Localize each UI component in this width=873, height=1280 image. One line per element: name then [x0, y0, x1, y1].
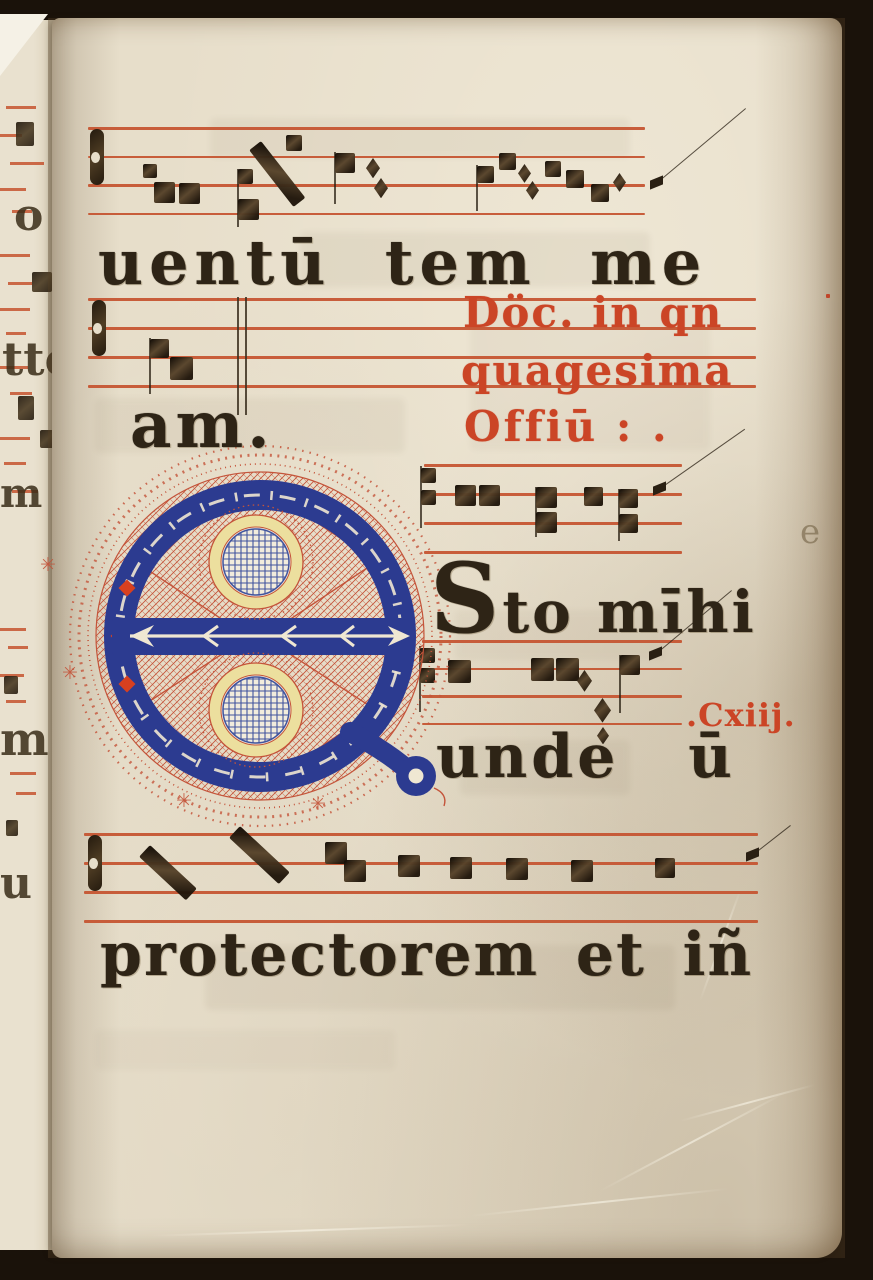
lyric-line-2: am. — [130, 388, 273, 463]
sliver-staff-stub — [6, 106, 36, 109]
neume-square — [556, 658, 579, 681]
penwork-star-icon: ✳ — [176, 790, 192, 812]
neume-square — [238, 169, 253, 184]
neume-square — [154, 182, 175, 203]
staff-line — [424, 464, 682, 467]
neume-square — [499, 153, 516, 170]
red-ink-speck — [826, 294, 830, 298]
sliver-staff-stub — [4, 462, 26, 465]
penwork-star-icon: ✳ — [62, 662, 78, 684]
sliver-neume-fragment — [32, 272, 52, 292]
neume-square — [506, 858, 528, 880]
staff-line — [88, 127, 645, 130]
sliver-staff-stub — [10, 772, 36, 775]
sliver-staff-stub — [0, 628, 26, 631]
neume-square — [238, 199, 259, 220]
staff-line — [88, 156, 645, 159]
penwork-star-icon: ✳ — [310, 793, 326, 815]
staff-line — [422, 695, 682, 698]
neume-square — [335, 153, 355, 173]
sliver-staff-stub — [0, 254, 30, 257]
clef — [88, 835, 102, 891]
neume-square — [479, 485, 500, 506]
sliver-letter-fragment: o — [14, 190, 43, 241]
sliver-staff-stub — [6, 700, 26, 703]
illuminated-initial-E — [58, 436, 454, 836]
sliver-staff-stub — [8, 646, 28, 649]
sliver-staff-stub — [8, 282, 32, 285]
neume-square — [455, 485, 476, 506]
neume-square — [619, 514, 638, 533]
lyric-line-3: Sto mīhi — [430, 544, 757, 654]
sliver-neume-fragment — [16, 122, 34, 146]
neume-square — [344, 860, 366, 882]
neume-square — [531, 658, 554, 681]
sliver-staff-stub — [10, 162, 44, 165]
sliver-staff-stub — [0, 437, 30, 440]
neume-square — [584, 487, 603, 506]
neume-square — [150, 339, 169, 358]
sliver-staff-stub — [10, 392, 32, 395]
neume-square — [571, 860, 593, 882]
rubric-line-2: quagesima — [461, 346, 733, 395]
staff-line — [88, 213, 645, 216]
neume-square — [655, 858, 675, 878]
lyric-line-5: protectorem et iñ — [100, 920, 753, 990]
neume-square — [620, 655, 640, 675]
neume-square — [536, 487, 557, 508]
clef — [90, 129, 104, 185]
folio-number: .Cxiij. — [686, 696, 796, 734]
neume-square — [450, 857, 472, 879]
sliver-letter-fragment: u — [0, 858, 32, 909]
sliver-staff-stub — [16, 792, 36, 795]
sliver-neume-fragment — [6, 820, 18, 836]
penwork-star-icon: ✳ — [40, 554, 56, 576]
clef — [92, 300, 106, 356]
manuscript-photo: ottommu ✳✳✳✳ uentū tem me am. Sto mīhi u… — [0, 0, 873, 1280]
neume-square — [536, 512, 557, 533]
neume-square — [619, 489, 638, 508]
sliver-neume-fragment — [18, 396, 34, 420]
sliver-neume-fragment — [4, 676, 18, 694]
sliver-staff-stub — [0, 308, 30, 311]
rubric-line-1: Döc. in qn — [463, 288, 723, 337]
neume-square — [591, 184, 609, 202]
neume-square — [545, 161, 561, 177]
neume-square — [170, 357, 193, 380]
neume-square — [179, 183, 200, 204]
neume-square — [398, 855, 420, 877]
neume-square — [566, 170, 584, 188]
sliver-letter-fragment: m — [0, 470, 42, 517]
previous-page-sliver: ottommu — [0, 20, 56, 1250]
neume-square — [477, 166, 494, 183]
faint-margin-letter: e — [800, 512, 820, 552]
neume-square — [143, 164, 157, 178]
rubric-line-3: Offiū : . — [464, 402, 670, 451]
sliver-letter-fragment: m — [0, 712, 49, 766]
neume-square — [286, 135, 302, 151]
